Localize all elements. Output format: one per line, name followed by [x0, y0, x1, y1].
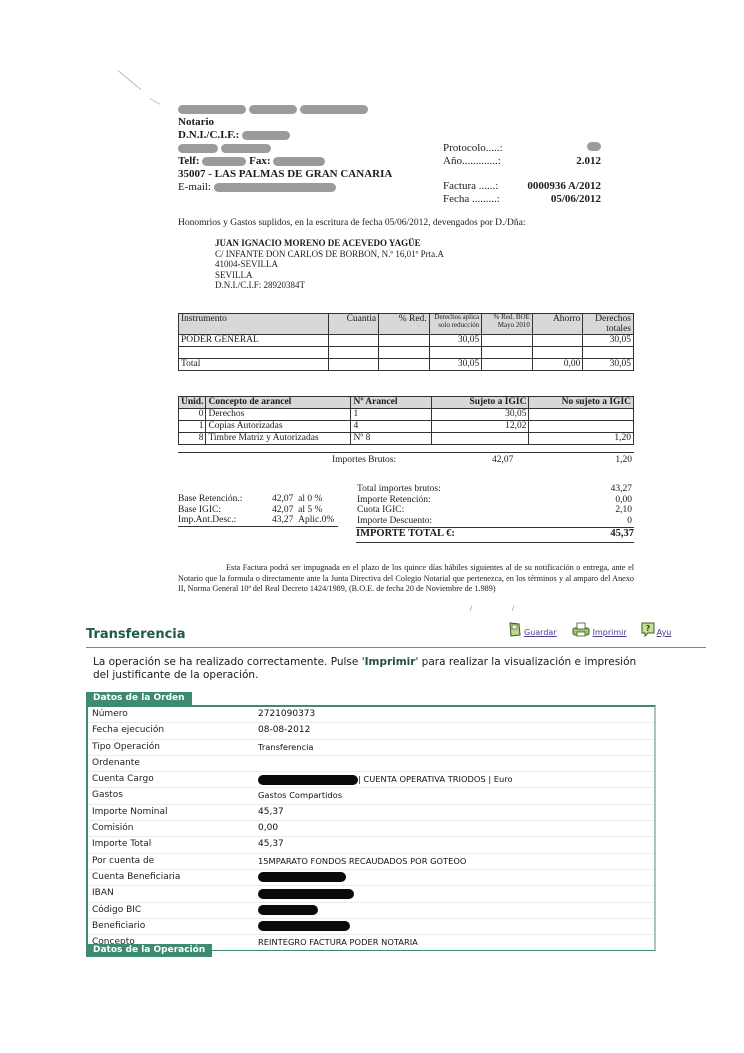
table-cell	[529, 421, 634, 433]
detail-row: Por cuenta de15MPARATO FONDOS RECAUDADOS…	[88, 854, 654, 870]
table-cell: 1	[351, 409, 432, 421]
importe-total-label: IMPORTE TOTAL €:	[356, 528, 455, 539]
col-header: Ahorro	[532, 314, 583, 335]
tab-datos-orden[interactable]: Datos de la Orden	[86, 692, 192, 705]
col-header: % Red. BOE Mayo 2010	[482, 314, 533, 335]
table-cell: 30,05	[583, 335, 634, 347]
table-cell	[429, 347, 482, 359]
detail-value: 0,00	[258, 821, 654, 836]
base-rate: Aplic.0%	[298, 515, 334, 525]
toolbar: Guardar Imprimir ? Ayu	[508, 622, 671, 637]
table-cell: 0,00	[532, 359, 583, 371]
divider	[356, 542, 634, 543]
client-address: C/ INFANTE DON CARLOS DE BORBON, N.º 16,…	[215, 249, 444, 260]
table-cell: PODER GENERAL	[179, 335, 329, 347]
base-label: Base IGIC:	[178, 505, 242, 516]
importes-brutos-no-sujeto: 1,20	[615, 455, 632, 465]
col-header: Unid.	[179, 397, 206, 409]
detail-label: Comisión	[88, 821, 258, 836]
notary-email: E-mail:	[178, 181, 392, 194]
print-button[interactable]: Imprimir	[571, 622, 627, 637]
table-cell	[482, 335, 533, 347]
table-cell: Timbre Matriz y Autorizadas	[206, 433, 351, 445]
scan-mark: /	[512, 604, 514, 613]
table-cell	[379, 347, 430, 359]
save-button[interactable]: Guardar	[508, 622, 557, 637]
table-row: Total30,050,0030,05	[179, 359, 634, 371]
table-row	[179, 347, 634, 359]
detail-label: IBAN	[88, 886, 258, 901]
detail-row: GastosGastos Compartidos	[88, 788, 654, 804]
redaction-mark	[258, 921, 350, 931]
table-cell: 12,02	[432, 421, 529, 433]
detail-label: Cuenta Cargo	[88, 772, 258, 787]
col-header: Sujeto a IGIC	[432, 397, 529, 409]
table-cell: Total	[179, 359, 329, 371]
col-header: Nº Arancel	[351, 397, 432, 409]
detail-row: Beneficiario	[88, 919, 654, 935]
svg-text:?: ?	[645, 624, 650, 633]
client-dni: D.N.I./C.I.F: 28920384T	[215, 280, 444, 291]
total-label: Cuota IGIC:	[357, 505, 441, 516]
table-cell: 30,05	[429, 359, 482, 371]
table-cell	[482, 359, 533, 371]
table-cell: 30,05	[432, 409, 529, 421]
table-cell	[179, 347, 329, 359]
detail-row: Código BIC	[88, 903, 654, 919]
table-cell	[583, 347, 634, 359]
detail-row: Cuenta Beneficiaria	[88, 870, 654, 886]
scan-mark	[118, 70, 142, 90]
tab-datos-operacion[interactable]: Datos de la Operación	[86, 944, 212, 957]
total-label: Importe Retención:	[357, 495, 441, 506]
table-cell	[532, 347, 583, 359]
detail-label: Tipo Operación	[88, 740, 258, 755]
totals-values: 43,27 0,00 2,10 0	[572, 484, 632, 526]
detail-row: Ordenante	[88, 756, 654, 772]
detail-row: Fecha ejecución08-08-2012	[88, 723, 654, 739]
col-header: Derechos totales	[583, 314, 634, 335]
detail-row: IBAN	[88, 886, 654, 902]
detail-value: 15MPARATO FONDOS RECAUDADOS POR GOTEOO	[258, 854, 654, 869]
table-cell: Copias Autorizadas	[206, 421, 351, 433]
notary-phone: Telf: Fax:	[178, 155, 392, 168]
detail-value	[258, 919, 654, 934]
table-cell	[328, 335, 379, 347]
redaction-mark	[258, 889, 354, 899]
detail-label: Importe Nominal	[88, 805, 258, 820]
col-header: Instrumento	[179, 314, 329, 335]
detail-value	[258, 886, 654, 901]
detail-row: Número2721090373	[88, 707, 654, 723]
table-cell	[529, 409, 634, 421]
detail-label: Fecha ejecución	[88, 723, 258, 738]
page-title: Transferencia	[86, 627, 186, 642]
table-cell	[328, 347, 379, 359]
detail-value	[258, 756, 654, 771]
notary-street-redacted	[178, 142, 392, 155]
table-cell: 0	[179, 409, 206, 421]
totals-labels: Total importes brutos: Importe Retención…	[357, 484, 441, 526]
base-rate: al 0 %	[298, 494, 322, 504]
table-cell	[482, 347, 533, 359]
detail-value	[258, 870, 654, 885]
redaction-mark	[258, 905, 318, 915]
base-label: Imp.Ant.Desc.:	[178, 515, 242, 526]
legal-text: Esta Factura podrá ser impugnada en el p…	[178, 563, 634, 595]
detail-label: Número	[88, 707, 258, 722]
col-header: No sujeto a IGIC	[529, 397, 634, 409]
detail-label: Código BIC	[88, 903, 258, 918]
base-value: 43,27	[272, 515, 293, 525]
datos-orden-panel: Número2721090373Fecha ejecución08-08-201…	[86, 705, 656, 951]
table-cell: 8	[179, 433, 206, 445]
table-cell	[379, 359, 430, 371]
notary-role: Notario	[178, 116, 392, 129]
detail-label: Beneficiario	[88, 919, 258, 934]
table-cell	[379, 335, 430, 347]
client-city: SEVILLA	[215, 270, 444, 281]
detail-value: REINTEGRO FACTURA PODER NOTARIA	[258, 935, 654, 950]
arancel-table: Unid. Concepto de arancel Nº Arancel Suj…	[178, 396, 634, 445]
table-row: 8Timbre Matriz y AutorizadasNº 81,20	[179, 433, 634, 445]
scan-mark: /	[470, 604, 472, 613]
total-value: 2,10	[572, 505, 632, 516]
detail-value: 08-08-2012	[258, 723, 654, 738]
total-label: Total importes brutos:	[357, 484, 441, 495]
base-rate: al 5 %	[298, 505, 322, 515]
notary-name-redacted	[178, 103, 392, 116]
divider	[178, 526, 338, 527]
importes-brutos-sujeto: 42,07	[492, 455, 513, 465]
table-cell	[432, 433, 529, 445]
redaction-mark	[258, 775, 358, 785]
total-value: 43,27	[572, 484, 632, 495]
client-postal: 41004-SEVILLA	[215, 259, 444, 270]
detail-value: 2721090373	[258, 707, 654, 722]
base-value: 42,07	[272, 505, 293, 515]
table-cell: 30,05	[583, 359, 634, 371]
scanned-invoice: Notario D.N.I./C.I.F.: Telf: Fax: 35007 …	[0, 0, 744, 612]
table-cell: 30,05	[429, 335, 482, 347]
save-icon	[508, 622, 522, 637]
detail-row: Tipo OperaciónTransferencia	[88, 740, 654, 756]
importes-brutos-label: Importes Brutos:	[332, 455, 396, 465]
detail-row: Importe Nominal45,37	[88, 805, 654, 821]
table-cell	[532, 335, 583, 347]
detail-label: Ordenante	[88, 756, 258, 771]
table-row: 1Copias Autorizadas412,02	[179, 421, 634, 433]
scan-mark	[150, 98, 161, 105]
meta-protocolo: Protocolo.....:	[443, 142, 601, 155]
base-value: 42,07	[272, 494, 293, 504]
detail-value: | CUENTA OPERATIVA TRIODOS | Euro	[258, 772, 654, 787]
detail-row: Cuenta Cargo| CUENTA OPERATIVA TRIODOS |…	[88, 772, 654, 788]
meta-anio: Año.............:2.012	[443, 155, 601, 168]
detail-label: Por cuenta de	[88, 854, 258, 869]
detail-value: 45,37	[258, 837, 654, 852]
divider	[178, 452, 634, 453]
invoice-meta: Protocolo.....: Año.............:2.012 F…	[443, 142, 601, 206]
table-cell: Derechos	[206, 409, 351, 421]
instrument-table: Instrumento Cuantia % Red. Derechos apli…	[178, 313, 634, 371]
detail-row: Importe Total45,37	[88, 837, 654, 853]
table-row: PODER GENERAL30,0530,05	[179, 335, 634, 347]
meta-fecha: Fecha .........:05/06/2012	[443, 193, 601, 206]
total-value: 0	[572, 516, 632, 527]
detail-label: Gastos	[88, 788, 258, 803]
table-cell: 4	[351, 421, 432, 433]
bases-labels: Base Retención.: Base IGIC: Imp.Ant.Desc…	[178, 494, 242, 526]
base-label: Base Retención.:	[178, 494, 242, 505]
table-cell: 1	[179, 421, 206, 433]
help-button[interactable]: ? Ayu	[641, 622, 672, 637]
total-label: Importe Descuento:	[357, 516, 441, 527]
table-cell	[328, 359, 379, 371]
col-header: % Red.	[379, 314, 430, 335]
success-message: La operación se ha realizado correctamen…	[93, 656, 653, 682]
col-header: Concepto de arancel	[206, 397, 351, 409]
col-header: Derechos aplica solo reducción	[429, 314, 482, 335]
client-block: JUAN IGNACIO MORENO DE ACEVEDO YAGÜE C/ …	[215, 238, 444, 291]
printer-icon	[571, 622, 591, 637]
honorarios-text: Honomrios y Gastos suplidos, en la escri…	[178, 218, 525, 228]
help-icon: ?	[641, 622, 655, 637]
detail-value: 45,37	[258, 805, 654, 820]
col-header: Cuantia	[328, 314, 379, 335]
importe-total: IMPORTE TOTAL €: 45,37	[356, 528, 634, 539]
detail-row: Comisión0,00	[88, 821, 654, 837]
table-cell: Nº 8	[351, 433, 432, 445]
meta-factura: Factura ......:0000936 A/2012	[443, 180, 601, 193]
table-cell: 1,20	[529, 433, 634, 445]
detail-label: Cuenta Beneficiaria	[88, 870, 258, 885]
client-name: JUAN IGNACIO MORENO DE ACEVEDO YAGÜE	[215, 238, 444, 249]
detail-value: Gastos Compartidos	[258, 788, 654, 803]
importe-total-value: 45,37	[610, 528, 634, 539]
notary-dni: D.N.I./C.I.F.:	[178, 129, 392, 142]
table-row: 0Derechos130,05	[179, 409, 634, 421]
notary-header: Notario D.N.I./C.I.F.: Telf: Fax: 35007 …	[178, 103, 392, 194]
notary-city: 35007 - LAS PALMAS DE GRAN CANARIA	[178, 168, 392, 181]
detail-label: Importe Total	[88, 837, 258, 852]
detail-value	[258, 903, 654, 918]
bases-values: 42,07 al 0 % 42,07 al 5 % 43,27 Aplic.0%	[272, 494, 334, 526]
redaction-mark	[258, 872, 346, 882]
title-divider	[86, 647, 706, 648]
detail-value: Transferencia	[258, 740, 654, 755]
total-value: 0,00	[572, 495, 632, 506]
